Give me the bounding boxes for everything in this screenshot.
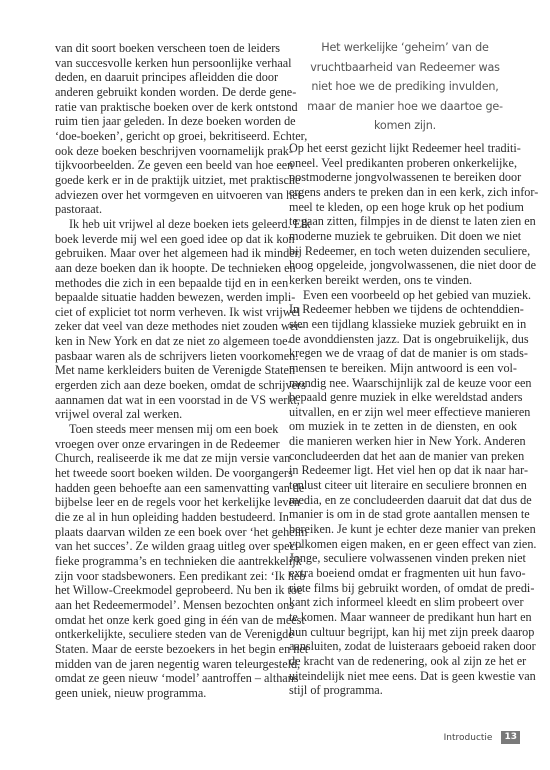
book-page: Het werkelijke ‘geheim’ van devruchtbaar…: [0, 0, 550, 770]
text-line: ruim tien jaar geleden. In deze boeken w…: [55, 114, 277, 129]
text-line: ‘doe-boeken’, gericht op groei, bekritis…: [55, 129, 277, 144]
text-line: zeker dat veel van deze methodes niet zo…: [55, 319, 277, 334]
text-line: riete films bij gebruikt worden, of omda…: [289, 581, 517, 596]
body-paragraph: Ik heb uit vrijwel al deze boeken iets g…: [55, 217, 277, 422]
text-line: methodes die zich in een bepaalde tijd e…: [55, 276, 277, 291]
text-line: te komen. Maar wanneer de predikant hun …: [289, 610, 517, 625]
text-line: ergerden zich aan deze boeken, omdat de …: [55, 378, 277, 393]
text-line: vroegen over onze ervaringen in de Redee…: [55, 437, 277, 452]
body-paragraph: Even een voorbeeld op het gebied van muz…: [289, 288, 517, 698]
text-line: media, en ze concludeerden daaruit dat d…: [289, 493, 517, 508]
text-line: mondig nee. Waarschijnlijk zal de keuze …: [289, 376, 517, 391]
text-line: boek leverde mij wel een goed idee op da…: [55, 232, 277, 247]
text-line: anderen gebruikt konden worden. De derde…: [55, 85, 277, 100]
text-line: Ik heb uit vrijwel al deze boeken iets g…: [55, 217, 277, 232]
text-line: bepaald genre muziek in elke wereldstad …: [289, 390, 517, 405]
text-line: die manieren werken hier in New York. An…: [289, 434, 517, 449]
text-line: Church, realiseerde ik me dat ze mijn ve…: [55, 451, 277, 466]
running-footer-section: Introductie: [444, 733, 493, 743]
text-line: Op het eerst gezicht lijkt Redeemer heel…: [289, 141, 517, 156]
text-line: te gaan zitten, filmpjes in de dienst te…: [289, 214, 517, 229]
right-column: Op het eerst gezicht lijkt Redeemer heel…: [289, 141, 517, 698]
text-line: pasbaar waren als de schrijvers lieten v…: [55, 349, 277, 364]
text-line: de kracht van de redenering, ook al zijn…: [289, 654, 517, 669]
text-line: ook deze boeken beschrijven voornamelijk…: [55, 144, 277, 159]
pull-quote-line: niet hoe we de prediking invulden,: [300, 77, 510, 97]
text-line: de avonddiensten jazz. Dat is ongebruike…: [289, 332, 517, 347]
text-line: aansluiten, zodat de luisteraars geboeid…: [289, 639, 517, 654]
text-line: omdat het onze kerk goed ging in één van…: [55, 613, 277, 628]
text-line: fieke programma’s en technieken die aant…: [55, 554, 277, 569]
text-line: uiteindelijk niet mee eens. Dat is geen …: [289, 669, 517, 684]
text-line: Jonge, seculiere volwassenen vinden prek…: [289, 551, 517, 566]
text-line: van dit soort boeken verscheen toen de l…: [55, 41, 277, 56]
text-line: hun cultuur begrijpt, kan hij met zijn p…: [289, 625, 517, 640]
text-line: meel te kleden, op een hoge kruk op het …: [289, 200, 517, 215]
text-line: postmoderne jongvolwassenen te bereiken …: [289, 170, 517, 185]
pull-quote-line: vruchtbaarheid van Redeemer was: [300, 58, 510, 78]
text-line: ontkerkelijkte, seculiere steden van de …: [55, 627, 277, 642]
text-line: bereiken. Je kunt je echter deze manier …: [289, 522, 517, 537]
text-line: mensen te bereiken. Mijn antwoord is een…: [289, 361, 517, 376]
text-line: omdat ze geen nieuw ‘model’ aantroffen –…: [55, 671, 277, 686]
body-paragraph: Toen steeds meer mensen mij om een boekv…: [55, 422, 277, 700]
text-line: aannamen dat wat in een voorstad in de V…: [55, 393, 277, 408]
left-column: van dit soort boeken verscheen toen de l…: [55, 41, 277, 701]
text-line: adviezen over het vormgeven en uitvoeren…: [55, 188, 277, 203]
text-line: Even een voorbeeld op het gebied van muz…: [289, 288, 517, 303]
text-line: in Redeemer ligt. Het viel hen op dat ik…: [289, 463, 517, 478]
text-line: Toen steeds meer mensen mij om een boek: [55, 422, 277, 437]
text-line: gebruiken. Maar over het algemeen had ik…: [55, 246, 277, 261]
text-line: stijl of programma.: [289, 683, 517, 698]
text-line: kregen we de vraag of dat de manier is o…: [289, 346, 517, 361]
text-line: bijbelse leer en de regels voor het kerk…: [55, 495, 277, 510]
text-line: sten een tijdlang klassieke muziek gebru…: [289, 317, 517, 332]
text-line: aan deze boeken dan ik hoopte. De techni…: [55, 261, 277, 276]
body-paragraph: Op het eerst gezicht lijkt Redeemer heel…: [289, 141, 517, 288]
text-line: zijn voor stadsbewoners. Een predikant z…: [55, 569, 277, 584]
text-line: kerken bereikt werden, ons te vinden.: [289, 273, 517, 288]
text-line: aan het Redeemermodel’. Mensen bezochten…: [55, 598, 277, 613]
text-line: In Redeemer hebben we tijdens de ochtend…: [289, 302, 517, 317]
body-paragraph: van dit soort boeken verscheen toen de l…: [55, 41, 277, 217]
text-line: extra boeiend omdat er fragmenten uit hu…: [289, 566, 517, 581]
text-line: volkomen eigen maken, en er geen effect …: [289, 537, 517, 552]
text-line: manier is om in de stad grote aantallen …: [289, 507, 517, 522]
text-line: ciet of expliciet tot norm verheven. Ik …: [55, 305, 277, 320]
page-footer: Introductie 13: [444, 731, 520, 744]
pull-quote-line: komen zijn.: [300, 116, 510, 136]
text-line: oneel. Veel predikanten proberen onkerke…: [289, 156, 517, 171]
text-line: plaats daarvan wilden ze een boek over ‘…: [55, 525, 277, 540]
text-line: kant zich informeel kleedt en slim probe…: [289, 595, 517, 610]
text-line: ken in New York en dat ze niet zo algeme…: [55, 334, 277, 349]
text-line: ergens anders te preken dan in een kerk,…: [289, 185, 517, 200]
text-line: tijkvoorbeelden. Ze geven een beeld van …: [55, 158, 277, 173]
text-line: goede kerk er in de praktijk uitziet, me…: [55, 173, 277, 188]
text-line: deden, en daaruit principes afleidden di…: [55, 70, 277, 85]
text-line: Staten. Maar de eerste bezoekers in het …: [55, 642, 277, 657]
text-line: het tweede soort boeken wilden. De voorg…: [55, 466, 277, 481]
text-line: moderne muziek te gebruiken. Dit doen we…: [289, 229, 517, 244]
text-line: bij Redeemer, en toch weten duizenden se…: [289, 244, 517, 259]
text-line: die ze al in hun opleiding hadden bestud…: [55, 510, 277, 525]
text-line: tenlust citeer uit literaire en seculier…: [289, 478, 517, 493]
text-line: geen uniek, nieuw programma.: [55, 686, 277, 701]
text-line: van succesvolle kerken hun persoonlijke …: [55, 56, 277, 71]
text-line: hadden geen behoefte aan een samenvattin…: [55, 481, 277, 496]
text-line: om muziek in te zetten in de diensten, e…: [289, 419, 517, 434]
pull-quote: Het werkelijke ‘geheim’ van devruchtbaar…: [300, 38, 510, 136]
text-line: Met name kerkleiders buiten de Verenigde…: [55, 363, 277, 378]
text-line: ratie van praktische boeken over de kerk…: [55, 100, 277, 115]
pull-quote-line: Het werkelijke ‘geheim’ van de: [300, 38, 510, 58]
text-line: concludeerden dat het aan de manier van …: [289, 449, 517, 464]
text-line: van het succes’. Ze wilden graag uitleg …: [55, 539, 277, 554]
text-line: vrijwel overal zal werken.: [55, 407, 277, 422]
text-line: pastoraat.: [55, 202, 277, 217]
page-number: 13: [501, 731, 520, 744]
text-line: midden van de jaren negentig waren teleu…: [55, 657, 277, 672]
text-line: hoog opgeleide, jongvolwassenen, die nie…: [289, 258, 517, 273]
text-line: bepaalde situatie hadden bewezen, werden…: [55, 290, 277, 305]
pull-quote-line: maar de manier hoe we daartoe ge-: [300, 97, 510, 117]
text-line: het Willow-Creekmodel geprobeerd. Nu ben…: [55, 583, 277, 598]
text-line: uitvallen, en er zijn wel meer effectiev…: [289, 405, 517, 420]
